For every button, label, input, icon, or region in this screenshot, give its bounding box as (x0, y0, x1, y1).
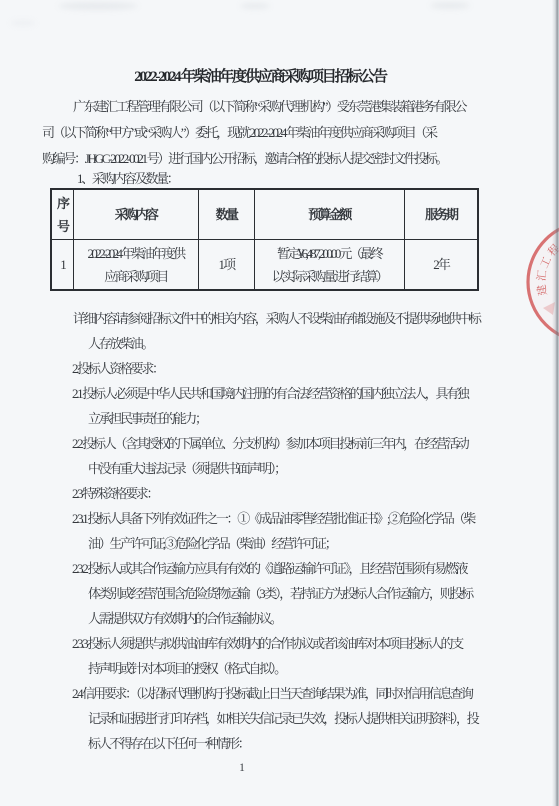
text-line: 2.3.1 投标人具备下列有效证件之一：①《成品油零售经营批准证书》;②危险化学… (42, 506, 478, 531)
text-line: 2.1 投标人必须是中华人民共和国境内注册的有合法经营资格的国内独立法人，具有独 (42, 381, 478, 406)
text-line: 人存放柴油。 (42, 331, 478, 356)
text-line: 立承担民事责任的能力； (42, 406, 478, 431)
intro-paragraph: 广东建汇工程管理有限公司（以下简称“采购代理机构”）受东莞港集装箱港务有限公司（… (42, 94, 478, 188)
text-line: 2.3.3 投标人须提供与拟供油油库有效期内的合作协议或者该油库对本项目投标人的… (42, 631, 478, 656)
table-header-cell: 数量 (198, 189, 254, 240)
table-cell: 2022-2024 年柴油年度供 应商采购项目 (73, 240, 198, 291)
text-line: 2.2 投标人（含其授权的下属单位、分支机构）参加本项目投标前三年内，在经营活动 (42, 431, 478, 456)
table-header-row: 序 号采购内容数量预算金额服务期 (51, 189, 478, 240)
text-line: 标人不得存在以下任何一种情形： (42, 731, 478, 756)
text-line: 持声明或针对本项目的授权（格式自拟）。 (42, 656, 478, 681)
stamp-arc-character: 汇 (535, 269, 549, 282)
scan-smudge (58, 2, 138, 10)
table-header-cell: 序 号 (51, 189, 73, 240)
scan-smudge (10, 20, 36, 26)
table-header-cell: 服务期 (404, 189, 478, 240)
table-cell: 1 (51, 240, 73, 291)
scan-smudge (240, 3, 270, 9)
table-cell: 2 年 (404, 240, 478, 291)
table-header-cell: 采购内容 (73, 189, 198, 240)
text-line: 2.4 信用要求：（以招标代理机构于投标截止日当天查询结果为准，同时对信用信息查… (42, 681, 478, 706)
scan-smudge (430, 2, 470, 9)
scan-edge-shadow (552, 0, 559, 806)
scanned-document-page: 2022-2024 年柴油年度供应商采购项目招标公告 广东建汇工程管理有限公司（… (0, 0, 559, 806)
text-line: 详细内容请参阅招标文件中的相关内容，采购人不设柴油存储设施及不提供场地供中标 (42, 306, 478, 331)
text-line: 1、采购内容及数量： (42, 170, 478, 188)
table-cell: 暂定¥6,487,200.00 元（最终 以实际采购量进行结算） (254, 240, 404, 291)
text-line: 2.3 特殊资格要求： (42, 481, 478, 506)
text-line: 记录和证据进行打印存档，如相关失信记录已失效，投标人提供相关证明资料），投 (42, 706, 478, 731)
table-header-cell: 预算金额 (254, 189, 404, 240)
text-line: 中没有重大违法记录（须提供书面声明）； (42, 456, 478, 481)
text-line: 2.3.2 投标人或其合作运输方应具有有效的《道路运输许可证》，且经营范围须有易… (42, 556, 478, 581)
text-line: 司（以下简称“甲方”或“采购人”）委托，现就 2022-2024 年柴油年度供应… (42, 120, 478, 146)
text-line: 人需提供双方有效期内的合作运输协议。 (42, 606, 478, 631)
text-line: 2.投标人资格要求： (42, 356, 478, 381)
stamp-arc-character: 建 (534, 284, 550, 297)
text-line: 体类别或经营范围含危险货物运输（3 类），若持证方为投标人合作运输方，则投标 (42, 581, 478, 606)
text-line: 广东建汇工程管理有限公司（以下简称“采购代理机构”）受东莞港集装箱港务有限公 (42, 94, 478, 120)
text-line: 油）生产许可证;③危险化学品（柴油）经营许可证； (42, 531, 478, 556)
page-number: 1 (230, 762, 254, 774)
table-row: 12022-2024 年柴油年度供 应商采购项目1 项暂定¥6,487,200.… (51, 240, 478, 291)
text-line: 购编号：JHGC-2022-0021 号）进行国内公开招标，邀请合格的投标人提交… (42, 146, 478, 172)
document-title: 2022-2024 年柴油年度供应商采购项目招标公告 (42, 60, 478, 94)
table-cell: 1 项 (198, 240, 254, 291)
document-content: 2022-2024 年柴油年度供应商采购项目招标公告 广东建汇工程管理有限公司（… (42, 60, 478, 756)
procurement-table: 序 号采购内容数量预算金额服务期 12022-2024 年柴油年度供 应商采购项… (50, 188, 479, 291)
requirements-section: 详细内容请参阅招标文件中的相关内容，采购人不设柴油存储设施及不提供场地供中标人存… (42, 306, 478, 756)
